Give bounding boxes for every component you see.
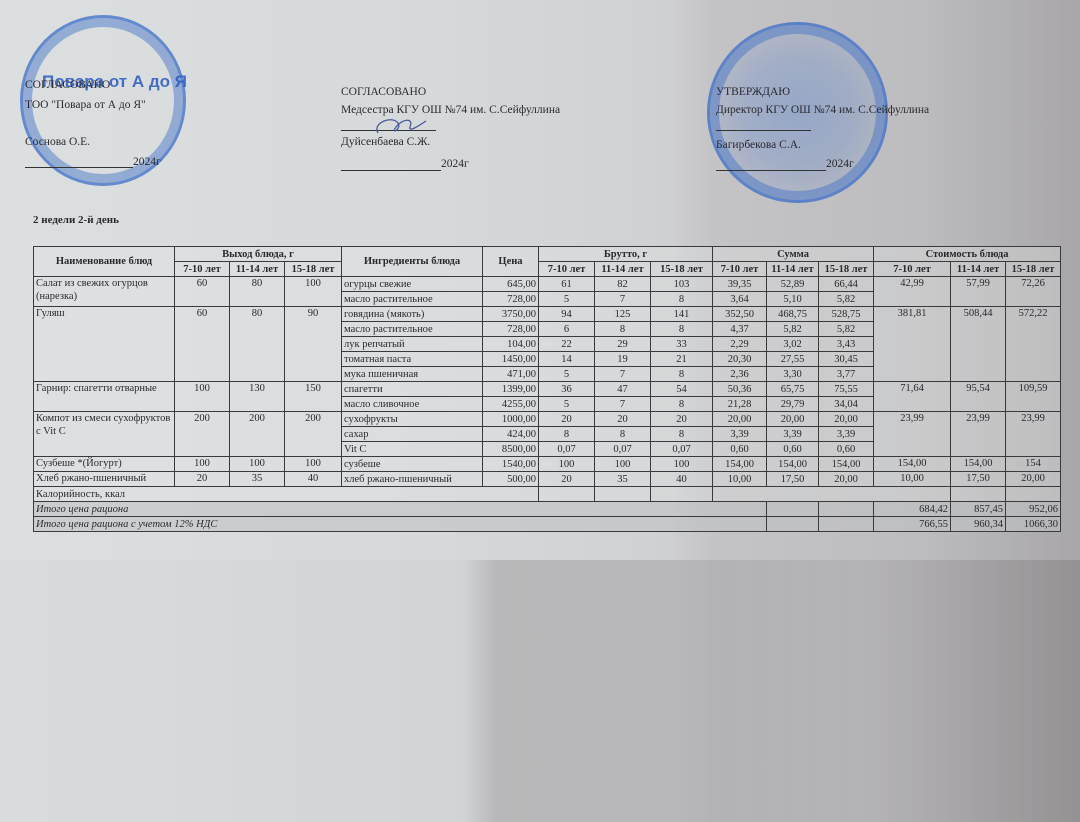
ingredient-sum: 20,00 (819, 412, 874, 427)
ingredient-name: мука пшеничная (342, 367, 483, 382)
header-sum-age: 15-18 лет (819, 262, 874, 277)
ingredient-sum: 20,00 (767, 412, 819, 427)
ingredient-brutto: 8 (595, 427, 651, 442)
dish-yield: 130 (230, 382, 285, 412)
ingredient-brutto: 20 (595, 412, 651, 427)
ingredient-price: 728,00 (483, 292, 539, 307)
ingredient-brutto: 47 (595, 382, 651, 397)
ingredient-brutto: 0,07 (595, 442, 651, 457)
signature-line (716, 130, 811, 131)
header-cost-age: 7-10 лет (874, 262, 951, 277)
ingredient-sum: 468,75 (767, 307, 819, 322)
calories-cell (595, 487, 651, 502)
ingredient-sum: 65,75 (767, 382, 819, 397)
header-brutto-age: 15-18 лет (651, 262, 713, 277)
ingredient-brutto: 82 (595, 277, 651, 292)
calories-label: Калорийность, ккал (34, 487, 539, 502)
dish-name: Компот из смеси сухофруктов с Vit C (34, 412, 175, 457)
ingredient-sum: 2,29 (713, 337, 767, 352)
signature-line (716, 170, 826, 171)
ingredient-sum: 5,10 (767, 292, 819, 307)
ingredient-brutto: 100 (539, 457, 595, 472)
table-row: Гарнир: спагетти отварные100130150спагет… (34, 382, 1061, 397)
ingredient-price: 1000,00 (483, 412, 539, 427)
table-row: Салат из свежих огурцов (нарезка)6080100… (34, 277, 1061, 292)
ingredient-sum: 21,28 (713, 397, 767, 412)
approval-right-position: Директор КГУ ОШ №74 им. С.Сейфуллина (716, 105, 929, 117)
approval-left-date: 2024г (133, 157, 161, 169)
ingredient-price: 8500,00 (483, 442, 539, 457)
dish-cost: 71,64 (874, 382, 951, 412)
ingredient-brutto: 7 (595, 397, 651, 412)
ingredient-price: 1540,00 (483, 457, 539, 472)
table-row: Хлеб ржано-пшеничный203540хлеб ржано-пше… (34, 472, 1061, 487)
ingredient-brutto: 100 (595, 457, 651, 472)
dish-yield: 90 (285, 307, 342, 382)
table-row: Компот из смеси сухофруктов с Vit C20020… (34, 412, 1061, 427)
ingredient-brutto: 5 (539, 292, 595, 307)
total-7-10: 684,42 (874, 502, 951, 517)
ingredient-brutto: 14 (539, 352, 595, 367)
header-yield-age: 7-10 лет (175, 262, 230, 277)
ingredient-sum: 5,82 (767, 322, 819, 337)
total-11-14: 857,45 (951, 502, 1006, 517)
ingredient-sum: 3,43 (819, 337, 874, 352)
ingredient-brutto: 33 (651, 337, 713, 352)
ingredient-brutto: 20 (539, 472, 595, 487)
ingredient-sum: 4,37 (713, 322, 767, 337)
ingredient-price: 4255,00 (483, 397, 539, 412)
dish-yield: 150 (285, 382, 342, 412)
ingredient-sum: 3,39 (819, 427, 874, 442)
header-age-groups: 7-10 лет11-14 лет15-18 лет7-10 лет11-14 … (34, 262, 1061, 277)
ingredient-price: 500,00 (483, 472, 539, 487)
total-vat-15-18: 1066,30 (1006, 517, 1061, 532)
ingredient-sum: 20,30 (713, 352, 767, 367)
dish-cost: 42,99 (874, 277, 951, 307)
dish-cost: 154,00 (874, 457, 951, 472)
dish-cost: 17,50 (951, 472, 1006, 487)
dish-yield: 35 (230, 472, 285, 487)
ingredient-name: сузбеше (342, 457, 483, 472)
dish-yield: 40 (285, 472, 342, 487)
approval-right-date: 2024г (826, 159, 854, 171)
menu-cost-table: Наименование блюд Выход блюда, г Ингреди… (33, 246, 1061, 532)
dish-name: Гуляш (34, 307, 175, 382)
ingredient-name: говядина (мякоть) (342, 307, 483, 322)
header-dish-name: Наименование блюд (34, 247, 175, 277)
ingredient-name: масло растительное (342, 322, 483, 337)
ingredient-sum: 30,45 (819, 352, 874, 367)
ingredient-sum: 39,35 (713, 277, 767, 292)
dish-yield: 100 (285, 457, 342, 472)
ingredient-name: спагетти (342, 382, 483, 397)
ingredient-sum: 52,89 (767, 277, 819, 292)
approval-middle-name: Дуйсенбаева С.Ж. (341, 137, 430, 149)
header-yield: Выход блюда, г (175, 247, 342, 262)
signature-line (25, 167, 133, 168)
header-sum: Сумма (713, 247, 874, 262)
dish-yield: 200 (285, 412, 342, 457)
dish-yield: 200 (230, 412, 285, 457)
ingredient-name: сухофрукты (342, 412, 483, 427)
ingredient-brutto: 0,07 (651, 442, 713, 457)
ingredient-name: масло растительное (342, 292, 483, 307)
dish-yield: 100 (285, 277, 342, 307)
ingredient-brutto: 94 (539, 307, 595, 322)
ingredient-brutto: 8 (651, 292, 713, 307)
table-row: Гуляш608090говядина (мякоть)3750,0094125… (34, 307, 1061, 322)
dish-cost: 572,22 (1006, 307, 1061, 382)
ingredient-brutto: 8 (651, 322, 713, 337)
ingredient-brutto: 22 (539, 337, 595, 352)
ingredient-brutto: 5 (539, 367, 595, 382)
approval-middle-heading: СОГЛАСОВАНО (341, 87, 426, 99)
dish-cost: 20,00 (1006, 472, 1061, 487)
header-sum-age: 7-10 лет (713, 262, 767, 277)
ingredient-brutto: 103 (651, 277, 713, 292)
ingredient-brutto: 8 (651, 367, 713, 382)
calories-cell (651, 487, 713, 502)
total-row: Итого цена рациона 684,42 857,45 952,06 (34, 502, 1061, 517)
dish-yield: 100 (175, 457, 230, 472)
calories-cell (713, 487, 951, 502)
total-vat-row: Итого цена рациона с учетом 12% НДС 766,… (34, 517, 1061, 532)
dish-yield: 200 (175, 412, 230, 457)
dish-cost: 23,99 (1006, 412, 1061, 457)
ingredient-price: 471,00 (483, 367, 539, 382)
ingredient-sum: 27,55 (767, 352, 819, 367)
ingredient-brutto: 141 (651, 307, 713, 322)
header-dish-cost: Стоимость блюда (874, 247, 1061, 262)
ingredient-sum: 10,00 (713, 472, 767, 487)
ingredient-brutto: 8 (651, 397, 713, 412)
approval-right-heading: УТВЕРЖДАЮ (716, 87, 790, 99)
ingredient-brutto: 125 (595, 307, 651, 322)
total-vat-label: Итого цена рациона с учетом 12% НДС (34, 517, 767, 532)
ingredient-price: 645,00 (483, 277, 539, 292)
dish-cost: 57,99 (951, 277, 1006, 307)
dish-yield: 100 (175, 382, 230, 412)
ingredient-sum: 0,60 (767, 442, 819, 457)
dish-yield: 60 (175, 307, 230, 382)
header-cost-age: 11-14 лет (951, 262, 1006, 277)
ingredient-brutto: 61 (539, 277, 595, 292)
total-label: Итого цена рациона (34, 502, 767, 517)
ingredient-price: 424,00 (483, 427, 539, 442)
dish-cost: 23,99 (951, 412, 1006, 457)
ingredient-sum: 3,64 (713, 292, 767, 307)
ingredient-brutto: 8 (651, 427, 713, 442)
ingredient-sum: 5,82 (819, 292, 874, 307)
ingredient-sum: 3,02 (767, 337, 819, 352)
ingredient-brutto: 36 (539, 382, 595, 397)
header-brutto-age: 7-10 лет (539, 262, 595, 277)
ingredient-price: 728,00 (483, 322, 539, 337)
header-sum-age: 11-14 лет (767, 262, 819, 277)
header-cost-age: 15-18 лет (1006, 262, 1061, 277)
ingredient-brutto: 5 (539, 397, 595, 412)
dish-yield: 80 (230, 277, 285, 307)
ingredient-brutto: 54 (651, 382, 713, 397)
ingredient-brutto: 6 (539, 322, 595, 337)
dish-name: Хлеб ржано-пшеничный (34, 472, 175, 487)
ingredient-sum: 17,50 (767, 472, 819, 487)
ingredient-name: томатная паста (342, 352, 483, 367)
ingredient-sum: 3,39 (713, 427, 767, 442)
header-yield-age: 11-14 лет (230, 262, 285, 277)
ingredient-sum: 66,44 (819, 277, 874, 292)
ingredient-brutto: 8 (539, 427, 595, 442)
dish-yield: 60 (175, 277, 230, 307)
ingredient-brutto: 8 (595, 322, 651, 337)
dish-yield: 100 (230, 457, 285, 472)
ingredient-sum: 3,39 (767, 427, 819, 442)
dish-cost: 381,81 (874, 307, 951, 382)
dish-cost: 508,44 (951, 307, 1006, 382)
ingredient-brutto: 0,07 (539, 442, 595, 457)
ingredient-sum: 5,82 (819, 322, 874, 337)
dish-name: Салат из свежих огурцов (нарезка) (34, 277, 175, 307)
ingredient-name: масло сливочное (342, 397, 483, 412)
paper-shadow (0, 560, 1080, 822)
ingredient-price: 3750,00 (483, 307, 539, 322)
ingredient-brutto: 7 (595, 367, 651, 382)
ingredient-price: 1399,00 (483, 382, 539, 397)
total-empty-cell (767, 502, 819, 517)
ingredient-sum: 75,55 (819, 382, 874, 397)
dish-cost: 154 (1006, 457, 1061, 472)
total-vat-empty-cell (767, 517, 819, 532)
ingredient-sum: 20,00 (713, 412, 767, 427)
ingredient-name: Vit C (342, 442, 483, 457)
ingredient-sum: 0,60 (819, 442, 874, 457)
dish-cost: 23,99 (874, 412, 951, 457)
ingredient-price: 104,00 (483, 337, 539, 352)
ingredient-sum: 0,60 (713, 442, 767, 457)
calories-cell (1006, 487, 1061, 502)
ingredient-price: 1450,00 (483, 352, 539, 367)
ingredient-sum: 29,79 (767, 397, 819, 412)
calories-row: Калорийность, ккал (34, 487, 1061, 502)
approval-left-name: Соснова О.Е. (25, 137, 90, 149)
ingredient-sum: 3,30 (767, 367, 819, 382)
dish-cost: 95,54 (951, 382, 1006, 412)
total-15-18: 952,06 (1006, 502, 1061, 517)
approval-left-heading: СОГЛАСОВАНО (25, 80, 110, 92)
menu-table-body: Салат из свежих огурцов (нарезка)6080100… (34, 277, 1061, 487)
table-row: Сузбеше *(Йогурт)100100100сузбеше1540,00… (34, 457, 1061, 472)
ingredient-brutto: 29 (595, 337, 651, 352)
dish-name: Гарнир: спагетти отварные (34, 382, 175, 412)
ingredient-sum: 2,36 (713, 367, 767, 382)
document-title: 2 недели 2-й день (33, 214, 119, 226)
ingredient-brutto: 20 (651, 412, 713, 427)
total-vat-empty-cell (819, 517, 874, 532)
total-vat-11-14: 960,34 (951, 517, 1006, 532)
ingredient-sum: 352,50 (713, 307, 767, 322)
approval-middle-date: 2024г (441, 159, 469, 171)
header-brutto: Брутто, г (539, 247, 713, 262)
calories-cell (951, 487, 1006, 502)
ingredient-brutto: 100 (651, 457, 713, 472)
ingredient-brutto: 7 (595, 292, 651, 307)
ingredient-brutto: 40 (651, 472, 713, 487)
ingredient-name: хлеб ржано-пшеничный (342, 472, 483, 487)
ingredient-sum: 154,00 (767, 457, 819, 472)
header-ingredients: Ингредиенты блюда (342, 247, 483, 277)
approval-right-name: Багирбекова С.А. (716, 140, 801, 152)
ingredient-brutto: 20 (539, 412, 595, 427)
ingredient-name: сахар (342, 427, 483, 442)
dish-yield: 80 (230, 307, 285, 382)
ingredient-name: лук репчатый (342, 337, 483, 352)
ingredient-sum: 154,00 (819, 457, 874, 472)
ingredient-sum: 3,77 (819, 367, 874, 382)
dish-name: Сузбеше *(Йогурт) (34, 457, 175, 472)
ingredient-sum: 34,04 (819, 397, 874, 412)
signature-line (341, 170, 441, 171)
ingredient-name: огурцы свежие (342, 277, 483, 292)
ingredient-sum: 154,00 (713, 457, 767, 472)
ingredient-sum: 528,75 (819, 307, 874, 322)
ingredient-brutto: 35 (595, 472, 651, 487)
total-empty-cell (819, 502, 874, 517)
ingredient-brutto: 19 (595, 352, 651, 367)
header-brutto-age: 11-14 лет (595, 262, 651, 277)
dish-cost: 10,00 (874, 472, 951, 487)
ingredient-brutto: 21 (651, 352, 713, 367)
dish-yield: 20 (175, 472, 230, 487)
ingredient-sum: 20,00 (819, 472, 874, 487)
dish-cost: 72,26 (1006, 277, 1061, 307)
dish-cost: 154,00 (951, 457, 1006, 472)
calories-cell (539, 487, 595, 502)
dish-cost: 109,59 (1006, 382, 1061, 412)
header-yield-age: 15-18 лет (285, 262, 342, 277)
approval-left-org: ТОО "Повара от А до Я" (25, 100, 146, 112)
ingredient-sum: 50,36 (713, 382, 767, 397)
header-price: Цена (483, 247, 539, 277)
total-vat-7-10: 766,55 (874, 517, 951, 532)
